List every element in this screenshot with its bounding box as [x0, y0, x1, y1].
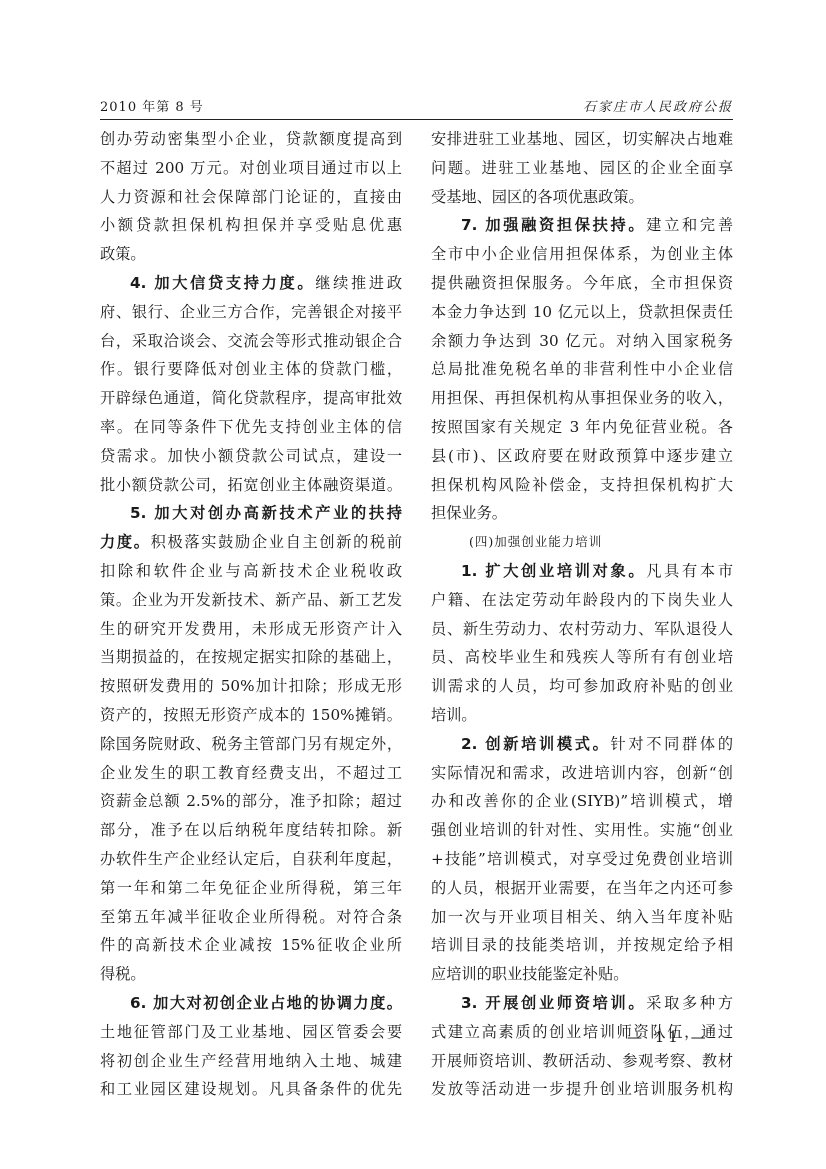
line-text: 全市中小企业信用担保体系，为创业主体	[431, 245, 733, 263]
text-line: +技能”培训模式，对享受过免费创业培训	[431, 845, 733, 874]
line-text: 县(市)、区政府要在财政预算中逐步建立	[431, 447, 733, 465]
text-line: 土地征管部门及工业基地、园区管委会要	[100, 1018, 402, 1047]
line-text: 积极落实鼓励企业自主创新的税前	[151, 533, 402, 551]
text-line: 策。企业为开发新技术、新产品、新工艺发	[100, 586, 402, 615]
line-text: 得税。	[100, 965, 146, 983]
line-text: 件的高新技术企业减按 15%征收企业所	[100, 936, 402, 954]
line-text: 和工业园区建设规划。凡具备条件的优先	[100, 1080, 402, 1098]
text-line: 贷需求。加快小额贷款公司试点，建设一	[100, 442, 402, 471]
line-text: 培训。	[431, 706, 477, 724]
text-line: 将初创企业生产经营用地纳入土地、城建	[100, 1047, 402, 1076]
bold-heading: 1. 扩大创业培训对象。	[461, 562, 646, 580]
line-text: 继续推进政	[315, 274, 402, 292]
line-text: 办软件生产企业经认定后，自获利年度起，	[100, 850, 402, 868]
line-text: 资薪金总额 2.5%的部分，准予扣除；超过	[100, 792, 402, 810]
text-line: 创办劳动密集型小企业，贷款额度提高到	[100, 125, 402, 154]
text-line: 问题。进驻工业基地、园区的企业全面享	[431, 154, 733, 183]
text-line: 件的高新技术企业减按 15%征收企业所	[100, 931, 402, 960]
text-line: 政策。	[100, 240, 402, 269]
text-line: 全市中小企业信用担保体系，为创业主体	[431, 240, 733, 269]
text-line: 得税。	[100, 960, 402, 989]
paragraph-heading-line: 1. 扩大创业培训对象。凡具有本市	[431, 557, 733, 586]
text-line: 人力资源和社会保障部门论证的，直接由	[100, 183, 402, 212]
paragraph-heading-line: 力度。积极落实鼓励企业自主创新的税前	[100, 528, 402, 557]
text-line: 担保机构风险补偿金，支持担保机构扩大	[431, 471, 733, 500]
text-line: 开辟绿色通道，简化贷款程序，提高审批效	[100, 384, 402, 413]
text-line: 安排进驻工业基地、园区，切实解决占地难	[431, 125, 733, 154]
text-line: 企业发生的职工教育经费支出，不超过工	[100, 759, 402, 788]
text-line: 率。在同等条件下优先支持创业主体的信	[100, 413, 402, 442]
line-text: 提供融资担保服务。今年底，全市担保资	[431, 274, 733, 292]
line-text: 建立和完善	[646, 216, 733, 234]
text-line: 户籍、在法定劳动年龄段内的下岗失业人	[431, 586, 733, 615]
line-text: 培训目录的技能类培训，并按规定给予相	[431, 936, 733, 954]
bold-heading: 3. 开展创业师资培训。	[461, 994, 646, 1012]
bold-heading: 2. 创新培训模式。	[461, 735, 611, 753]
bold-heading: 5. 加大对创办高新技术产业的扶持	[130, 504, 402, 522]
line-text: 凡具有本市	[646, 562, 733, 580]
paragraph-heading-line: 5. 加大对创办高新技术产业的扶持	[100, 499, 402, 528]
text-line: 作。银行要降低对创业主体的贷款门槛，	[100, 355, 402, 384]
text-line: 扣除和软件企业与高新技术企业税收政	[100, 557, 402, 586]
running-header: 2010 年第 8 号 石家庄市人民政府公报	[100, 96, 733, 118]
line-text: 台，采取洽谈会、交流会等形式推动银企合	[100, 332, 402, 350]
right-column: 安排进驻工业基地、园区，切实解决占地难问题。进驻工业基地、园区的企业全面享受基地…	[431, 125, 733, 1104]
header-rule	[100, 119, 733, 120]
text-line: 提供融资担保服务。今年底，全市担保资	[431, 269, 733, 298]
text-line: 的人员，根据开业需要，在当年之内还可参	[431, 874, 733, 903]
text-line: 发放等活动进一步提升创业培训服务机构	[431, 1075, 733, 1104]
text-line: 开展师资培训、教研活动、参观考察、教材	[431, 1047, 733, 1076]
line-text: 策。企业为开发新技术、新产品、新工艺发	[100, 591, 402, 609]
line-text: 按照国家有关规定 3 年内免征营业税。各	[431, 418, 733, 436]
line-text: 将初创企业生产经营用地纳入土地、城建	[100, 1052, 402, 1070]
paragraph-heading-line: 4. 加大信贷支持力度。继续推进政	[100, 269, 402, 298]
line-text: 采取多种方	[646, 994, 733, 1012]
text-line: 按照研发费用的 50%加计扣除；形成无形	[100, 672, 402, 701]
line-text: 至第五年减半征收企业所得税。对符合条	[100, 908, 402, 926]
line-text: 加一次与开业项目相关、纳入当年度补贴	[431, 908, 733, 926]
line-text: 除国务院财政、税务主管部门另有规定外，	[100, 735, 402, 753]
text-line: 批小额贷款公司，拓宽创业主体融资渠道。	[100, 471, 402, 500]
text-line: 按照国家有关规定 3 年内免征营业税。各	[431, 413, 733, 442]
issue-label: 2010 年第 8 号	[100, 96, 204, 115]
text-line: 当期损益的，在按规定据实扣除的基础上，	[100, 643, 402, 672]
text-line: 加一次与开业项目相关、纳入当年度补贴	[431, 903, 733, 932]
line-text: 受基地、园区的各项优惠政策。	[431, 188, 644, 206]
line-text: 总局批准免税名单的非营利性中小企业信	[431, 360, 733, 378]
bold-heading: 6. 加大对初创企业占地的协调力度。	[130, 994, 402, 1012]
text-line: 资薪金总额 2.5%的部分，准予扣除；超过	[100, 787, 402, 816]
text-line: 资产的，按照无形资产成本的 150%摊销。	[100, 701, 402, 730]
text-line: 至第五年减半征收企业所得税。对符合条	[100, 903, 402, 932]
text-line: 总局批准免税名单的非营利性中小企业信	[431, 355, 733, 384]
text-line: 员、高校毕业生和残疾人等所有有创业培	[431, 643, 733, 672]
line-text: 户籍、在法定劳动年龄段内的下岗失业人	[431, 591, 733, 609]
line-text: 针对不同群体的	[611, 735, 734, 753]
text-line: 用担保、再担保机构从事担保业务的收入，	[431, 384, 733, 413]
text-line: 办和改善你的企业(SIYB)”培训模式，增	[431, 787, 733, 816]
text-line: 府、银行、企业三方合作，完善银企对接平	[100, 298, 402, 327]
text-line: 强创业培训的针对性、实用性。实施“创业	[431, 816, 733, 845]
line-text: 本金力争达到 10 亿元以上，贷款担保责任	[431, 303, 733, 321]
bold-heading: 力度。	[100, 533, 151, 551]
text-line: 小额贷款担保机构担保并享受贴息优惠	[100, 211, 402, 240]
page-number: — 11 —	[627, 1028, 710, 1046]
text-line: 实际情况和需求，改进培训内容，创新“创	[431, 759, 733, 788]
bold-heading: 7. 加强融资担保扶持。	[461, 216, 646, 234]
line-text: 批小额贷款公司，拓宽创业主体融资渠道。	[100, 476, 402, 494]
text-line: 部分，准予在以后纳税年度结转扣除。新	[100, 816, 402, 845]
text-line: 训需求的人员，均可参加政府补贴的创业	[431, 672, 733, 701]
publication-title: 石家庄市人民政府公报	[583, 96, 733, 115]
line-text: 的人员，根据开业需要，在当年之内还可参	[431, 879, 733, 897]
line-text: 训需求的人员，均可参加政府补贴的创业	[431, 677, 733, 695]
line-text: 应培训的职业技能鉴定补贴。	[431, 965, 628, 983]
bold-heading: 4. 加大信贷支持力度。	[130, 274, 315, 292]
paragraph-heading-line: 2. 创新培训模式。针对不同群体的	[431, 730, 733, 759]
line-text: 政策。	[100, 245, 146, 263]
text-line: 培训。	[431, 701, 733, 730]
line-text: 府、银行、企业三方合作，完善银企对接平	[100, 303, 402, 321]
line-text: 开辟绿色通道，简化贷款程序，提高审批效	[100, 389, 402, 407]
line-text: 资产的，按照无形资产成本的 150%摊销。	[100, 706, 402, 724]
text-line: 和工业园区建设规划。凡具备条件的优先	[100, 1075, 402, 1104]
line-text: 企业发生的职工教育经费支出，不超过工	[100, 764, 402, 782]
line-text: 按照研发费用的 50%加计扣除；形成无形	[100, 677, 402, 695]
line-text: 开展师资培训、教研活动、参观考察、教材	[431, 1052, 733, 1070]
line-text: 率。在同等条件下优先支持创业主体的信	[100, 418, 402, 436]
line-text: 担保业务。	[431, 504, 507, 522]
section-heading: (四)加强创业能力培训	[431, 528, 733, 557]
line-text: 安排进驻工业基地、园区，切实解决占地难	[431, 130, 733, 148]
line-text: 土地征管部门及工业基地、园区管委会要	[100, 1023, 402, 1041]
paragraph-heading-line: 6. 加大对初创企业占地的协调力度。	[100, 989, 402, 1018]
text-line: 本金力争达到 10 亿元以上，贷款担保责任	[431, 298, 733, 327]
line-text: 担保机构风险补偿金，支持担保机构扩大	[431, 476, 733, 494]
line-text: 强创业培训的针对性、实用性。实施“创业	[431, 821, 733, 839]
line-text: 部分，准予在以后纳税年度结转扣除。新	[100, 821, 402, 839]
line-text: 问题。进驻工业基地、园区的企业全面享	[431, 159, 733, 177]
left-column: 创办劳动密集型小企业，贷款额度提高到不超过 200 万元。对创业项目通过市以上人…	[100, 125, 402, 1104]
line-text: 员、高校毕业生和残疾人等所有有创业培	[431, 648, 733, 666]
text-line: 不超过 200 万元。对创业项目通过市以上	[100, 154, 402, 183]
line-text: 用担保、再担保机构从事担保业务的收入，	[431, 389, 733, 407]
paragraph-heading-line: 3. 开展创业师资培训。采取多种方	[431, 989, 733, 1018]
text-line: 应培训的职业技能鉴定补贴。	[431, 960, 733, 989]
text-line: 县(市)、区政府要在财政预算中逐步建立	[431, 442, 733, 471]
line-text: 办和改善你的企业(SIYB)”培训模式，增	[431, 792, 733, 810]
paragraph-heading-line: 7. 加强融资担保扶持。建立和完善	[431, 211, 733, 240]
text-line: 受基地、园区的各项优惠政策。	[431, 183, 733, 212]
text-line: 余额力争达到 30 亿元。对纳入国家税务	[431, 327, 733, 356]
line-text: 实际情况和需求，改进培训内容，创新“创	[431, 764, 733, 782]
line-text: (四)加强创业能力培训	[469, 534, 602, 549]
text-line: 台，采取洽谈会、交流会等形式推动银企合	[100, 327, 402, 356]
text-line: 办软件生产企业经认定后，自获利年度起，	[100, 845, 402, 874]
line-text: 发放等活动进一步提升创业培训服务机构	[431, 1080, 733, 1098]
line-text: 当期损益的，在按规定据实扣除的基础上，	[100, 648, 402, 666]
line-text: 作。银行要降低对创业主体的贷款门槛，	[100, 360, 402, 378]
text-line: 生的研究开发费用，未形成无形资产计入	[100, 615, 402, 644]
line-text: 扣除和软件企业与高新技术企业税收政	[100, 562, 402, 580]
line-text: 小额贷款担保机构担保并享受贴息优惠	[100, 216, 402, 234]
text-line: 第一年和第二年免征企业所得税，第三年	[100, 874, 402, 903]
line-text: 不超过 200 万元。对创业项目通过市以上	[100, 159, 402, 177]
line-text: 第一年和第二年免征企业所得税，第三年	[100, 879, 402, 897]
line-text: 创办劳动密集型小企业，贷款额度提高到	[100, 130, 402, 148]
line-text: 人力资源和社会保障部门论证的，直接由	[100, 188, 402, 206]
text-line: 员、新生劳动力、农村劳动力、军队退役人	[431, 615, 733, 644]
line-text: +技能”培训模式，对享受过免费创业培训	[431, 850, 733, 868]
line-text: 贷需求。加快小额贷款公司试点，建设一	[100, 447, 402, 465]
text-line: 培训目录的技能类培训，并按规定给予相	[431, 931, 733, 960]
line-text: 员、新生劳动力、农村劳动力、军队退役人	[431, 620, 733, 638]
line-text: 余额力争达到 30 亿元。对纳入国家税务	[431, 332, 733, 350]
line-text: 生的研究开发费用，未形成无形资产计入	[100, 620, 402, 638]
text-line: 担保业务。	[431, 499, 733, 528]
text-line: 除国务院财政、税务主管部门另有规定外，	[100, 730, 402, 759]
